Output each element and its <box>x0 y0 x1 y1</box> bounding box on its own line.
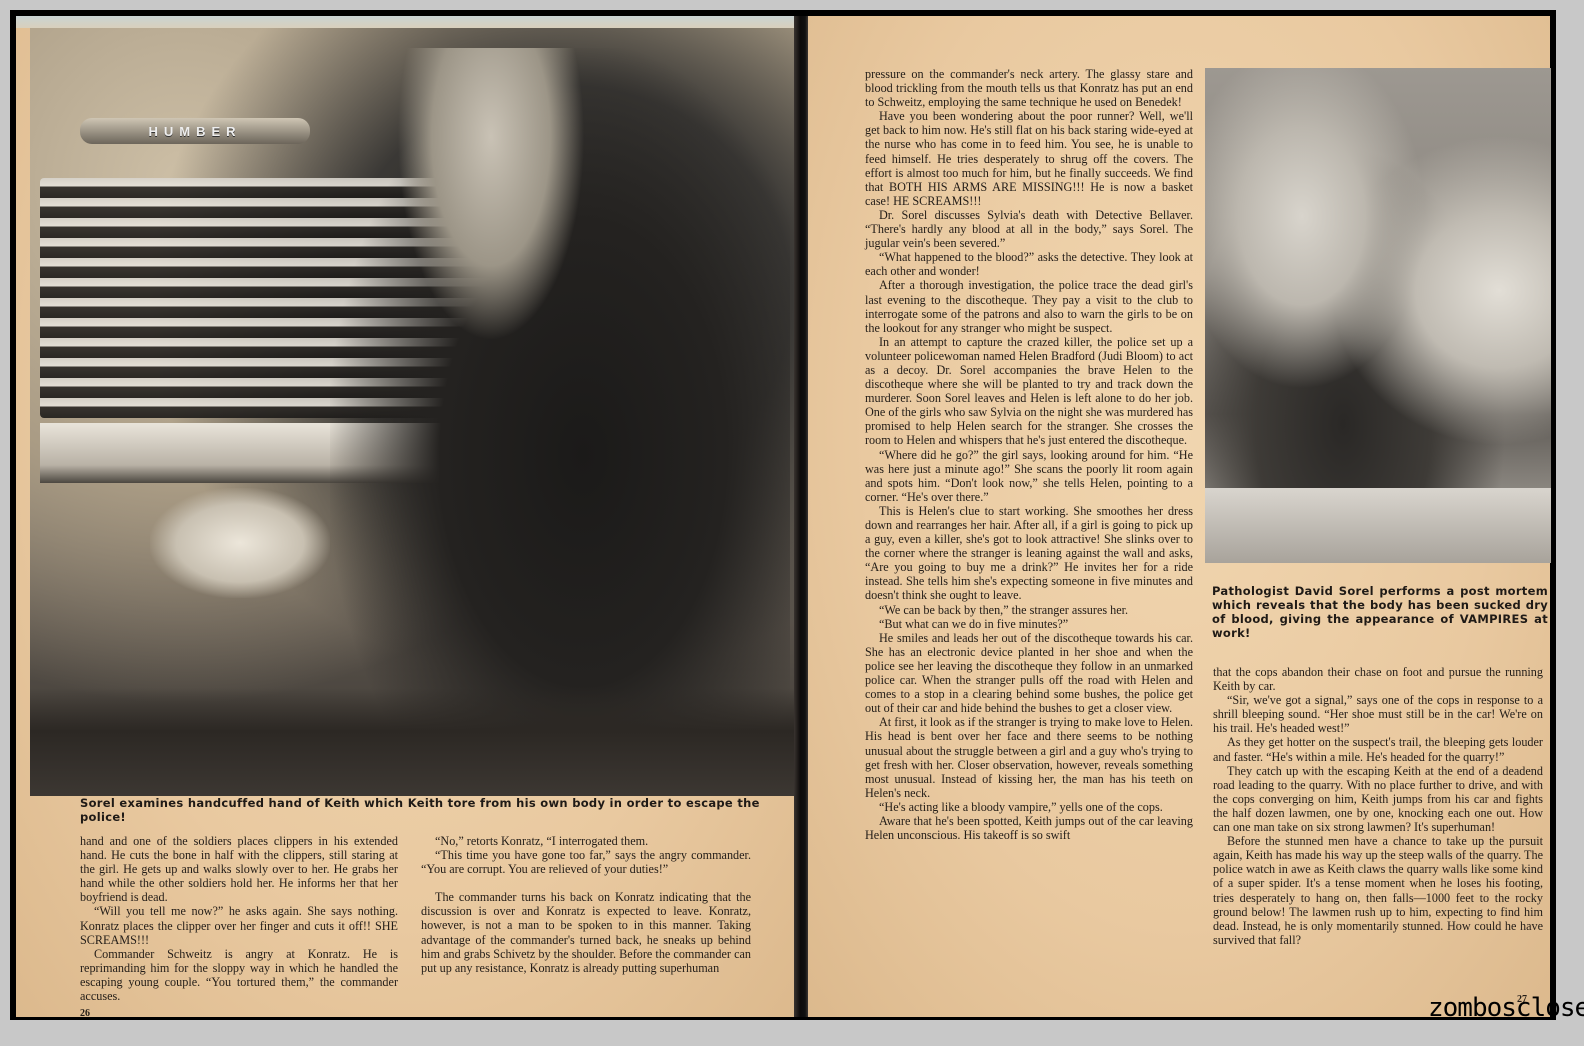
paragraph: They catch up with the escaping Keith at… <box>1213 764 1543 834</box>
left-page: HUMBER Sorel examines handcuffed hand of… <box>16 16 799 1017</box>
left-column-2: “No,” retorts Konratz, “I interrogated t… <box>421 834 751 975</box>
paragraph: that the cops abandon their chase on foo… <box>1213 665 1543 693</box>
photo-post-mortem <box>1205 68 1551 563</box>
paragraph: This is Helen's clue to start working. S… <box>865 504 1193 603</box>
paragraph: “Where did he go?” the girl says, lookin… <box>865 448 1193 504</box>
page-number-left: 26 <box>80 1008 90 1019</box>
watermark: zomboscloset.com <box>1428 996 1584 1020</box>
left-column-1: hand and one of the soldiers places clip… <box>80 834 398 1003</box>
right-column-1: pressure on the commander's neck artery.… <box>865 67 1193 842</box>
paragraph: “He's acting like a bloody vampire,” yel… <box>865 800 1193 814</box>
car-badge: HUMBER <box>80 118 310 144</box>
photo-handcuffed-hand: HUMBER <box>30 28 794 796</box>
autopsy-table <box>1205 488 1551 563</box>
paragraph: “Will you tell me now?” he asks again. S… <box>80 904 398 946</box>
paragraph: At first, it look as if the stranger is … <box>865 715 1193 800</box>
crouching-man <box>330 48 790 788</box>
paragraph: As they get hotter on the suspect's trai… <box>1213 735 1543 763</box>
magazine-spread: HUMBER Sorel examines handcuffed hand of… <box>16 16 1550 1017</box>
paragraph: “This time you have gone too far,” says … <box>421 848 751 876</box>
paragraph: He smiles and leads her out of the disco… <box>865 631 1193 716</box>
paragraph: pressure on the commander's neck artery.… <box>865 67 1193 109</box>
paragraph: hand and one of the soldiers places clip… <box>80 834 398 904</box>
paragraph: “What happened to the blood?” asks the d… <box>865 250 1193 278</box>
ground <box>30 688 794 796</box>
photo-caption-right: Pathologist David Sorel performs a post … <box>1212 584 1548 640</box>
paragraph: “No,” retorts Konratz, “I interrogated t… <box>421 834 751 848</box>
paragraph: The commander turns his back on Konratz … <box>421 890 751 975</box>
paragraph: Dr. Sorel discusses Sylvia's death with … <box>865 208 1193 250</box>
right-column-2: that the cops abandon their chase on foo… <box>1213 665 1543 947</box>
right-page: pressure on the commander's neck artery.… <box>808 16 1550 1017</box>
severed-hand <box>150 488 330 598</box>
paragraph: Commander Schweitz is angry at Konratz. … <box>80 947 398 1003</box>
page-top-edge <box>16 16 799 28</box>
paragraph: After a thorough investigation, the poli… <box>865 278 1193 334</box>
paragraph: Before the stunned men have a chance to … <box>1213 834 1543 947</box>
paragraph: “But what can we do in five minutes?” <box>865 617 1193 631</box>
paragraph: Aware that he's been spotted, Keith jump… <box>865 814 1193 842</box>
paragraph: Have you been wondering about the poor r… <box>865 109 1193 208</box>
paragraph: “Sir, we've got a signal,” says one of t… <box>1213 693 1543 735</box>
paragraph: “We can be back by then,” the stranger a… <box>865 603 1193 617</box>
photo-caption-left: Sorel examines handcuffed hand of Keith … <box>80 796 796 824</box>
paragraph: In an attempt to capture the crazed kill… <box>865 335 1193 448</box>
